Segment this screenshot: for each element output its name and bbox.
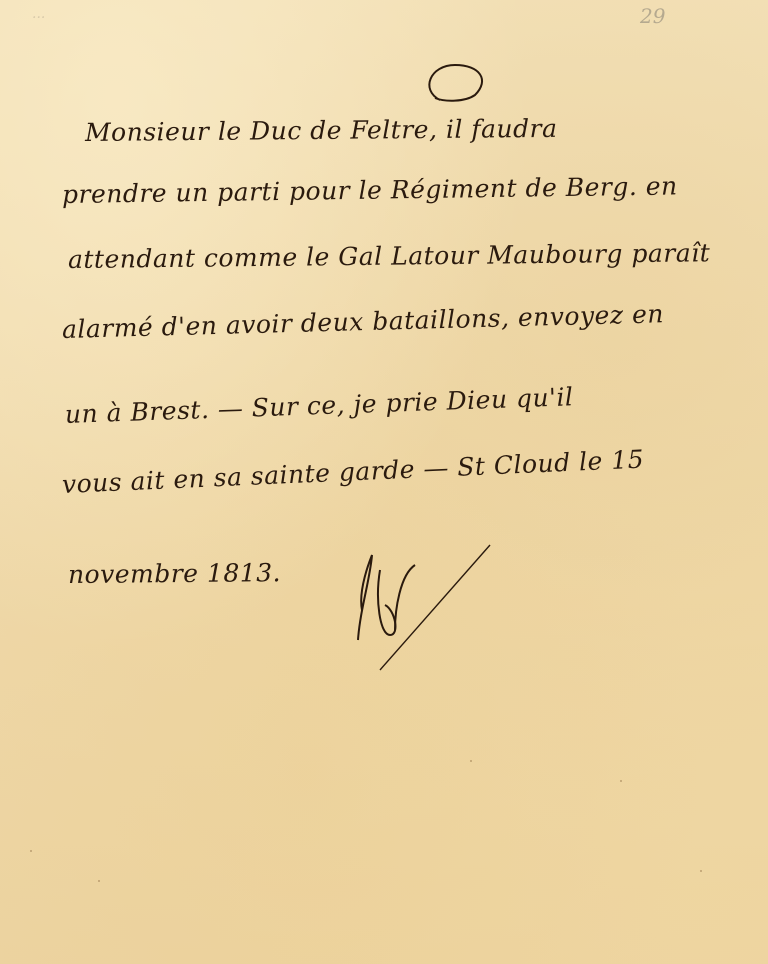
letter-line-6: vous ait en sa sainte garde — St Cloud l… (61, 445, 644, 499)
letter-line-4: alarmé d'en avoir deux bataillons, envoy… (62, 299, 665, 344)
ink-flourish-icon (400, 60, 500, 110)
letter-line-7-date: novembre 1813. (68, 558, 281, 589)
signature-mark-icon: Np (340, 540, 500, 680)
paper-speck (700, 870, 702, 872)
letter-line-3: attendant comme le Gal Latour Maubourg p… (68, 238, 711, 274)
paper-speck (470, 760, 472, 762)
paper-speck (30, 850, 32, 852)
pencil-annotation-top-left: ... (32, 6, 45, 22)
paper-speck (620, 780, 622, 782)
letter-line-2: prendre un parti pour le Régiment de Ber… (62, 171, 678, 209)
letter-page: ... 29 Monsieur le Duc de Feltre, il fau… (0, 0, 768, 964)
letter-line-5: un à Brest. — Sur ce, je prie Dieu qu'il (64, 382, 573, 429)
letter-line-1: Monsieur le Duc de Feltre, il faudra (85, 114, 558, 147)
pencil-annotation-page-number: 29 (640, 4, 665, 28)
paper-speck (98, 880, 100, 882)
